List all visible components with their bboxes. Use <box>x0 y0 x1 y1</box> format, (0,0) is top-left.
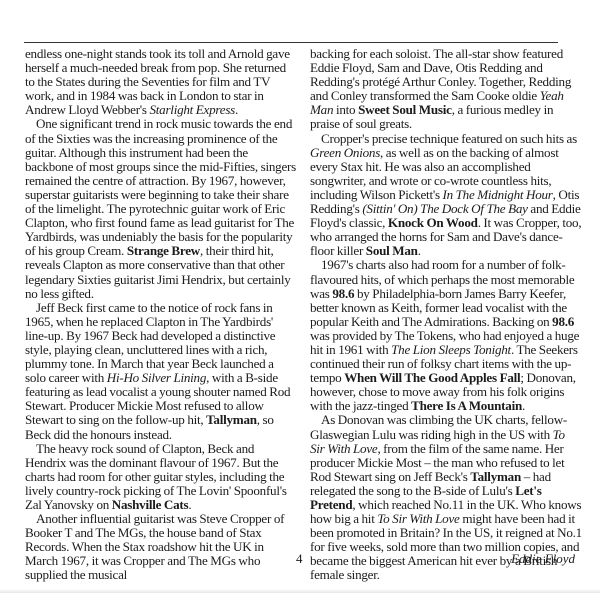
header-rule <box>24 42 558 43</box>
song-there-is-a-mountain: There Is A Mountain <box>411 398 522 413</box>
title-green-onions: Green Onions <box>310 145 380 160</box>
title-dock-of-the-bay: (Sittin' On) The Dock Of The Bay <box>362 201 527 216</box>
text: As Donovan was climbing the UK charts, f… <box>310 412 567 441</box>
song-strange-brew: Strange Brew <box>127 243 200 258</box>
page-number: 4 <box>296 551 303 567</box>
song-98-6: 98.6 <box>552 314 574 329</box>
title-lion-sleeps-tonight: The Lion Sleeps Tonight <box>391 342 511 357</box>
text: backing for each soloist. The all-star s… <box>310 46 571 103</box>
title-in-the-midnight-hour: In The Midnight Hour <box>443 187 553 202</box>
paragraph-folk-hits: 1967's charts also had room for a number… <box>310 258 582 413</box>
text: Cropper's precise technique featured on … <box>321 131 577 146</box>
paragraph-cropper-technique: Cropper's precise technique featured on … <box>310 132 582 259</box>
title-to-sir-with-love: To Sir With Love <box>377 511 459 526</box>
song-tallyman: Tallyman <box>206 412 257 427</box>
title-hi-ho-silver-lining: Hi-Ho Silver Lining <box>107 370 206 385</box>
song-98-6: 98.6 <box>332 286 354 301</box>
song-good-apples-fall: When Will The Good Apples Fall <box>344 370 520 385</box>
text: . <box>235 102 238 117</box>
paragraph-arnold: endless one-night stands took its toll a… <box>25 47 297 117</box>
paragraph-steve-cropper: Another influential guitarist was Steve … <box>25 512 297 582</box>
paragraph-guitar-trend: One significant trend in rock music towa… <box>25 117 297 300</box>
song-sweet-soul-music: Sweet Soul Music <box>358 102 452 117</box>
text: into <box>333 102 358 117</box>
photo-caption: Eddie Floyd <box>511 551 575 567</box>
song-tallyman: Tallyman <box>470 469 521 484</box>
song-nashville-cats: Nashville Cats <box>112 497 189 512</box>
text: . <box>522 398 525 413</box>
text: One significant trend in rock music towa… <box>25 116 296 258</box>
song-soul-man: Soul Man <box>366 243 418 258</box>
text: . <box>418 243 421 258</box>
paragraph-heavy-rock: The heavy rock sound of Clapton, Beck an… <box>25 442 297 512</box>
paragraph-stax-show: backing for each soloist. The all-star s… <box>310 47 582 132</box>
scan-edge <box>0 589 600 593</box>
right-column: backing for each soloist. The all-star s… <box>310 47 582 583</box>
text: . <box>188 497 191 512</box>
text: Another influential guitarist was Steve … <box>25 511 284 582</box>
left-column: endless one-night stands took its toll a… <box>25 47 297 583</box>
title-starlight-express: Starlight Express <box>149 102 235 117</box>
paragraph-jeff-beck: Jeff Beck first came to the notice of ro… <box>25 301 297 442</box>
song-knock-on-wood: Knock On Wood <box>388 215 478 230</box>
